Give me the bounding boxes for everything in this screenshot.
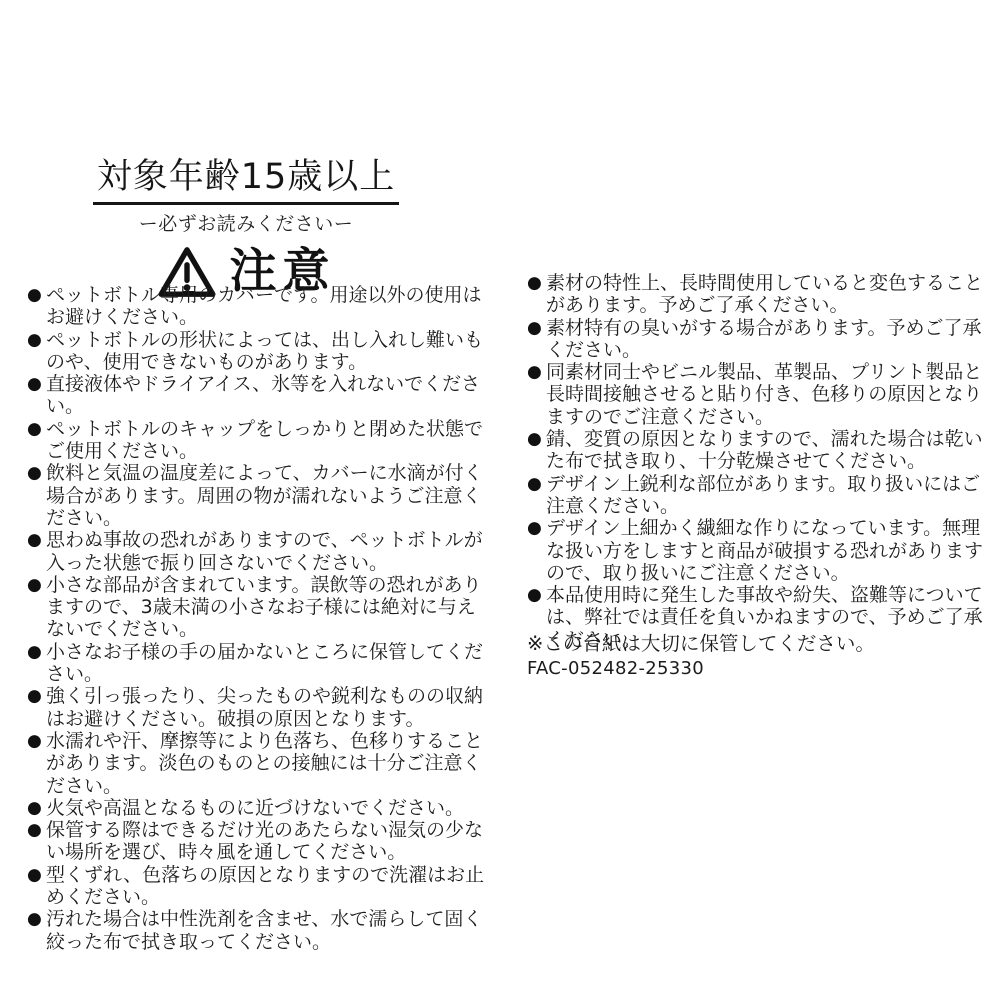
warning-text: ペットボトル専用のカバーです。用途以外の使用はお避けください。 (46, 284, 485, 329)
keep-card-note: ※この台紙は大切に保管してください。 (527, 632, 989, 655)
warning-item: ●ペットボトルの形状によっては、出し入れし難いものや、使用できないものがあります… (27, 329, 485, 374)
header: 対象年齢15歳以上 ー必ずお読みくださいー 注意 (0, 158, 492, 299)
warning-list-left: ●ペットボトル専用のカバーです。用途以外の使用はお避けください。 ●ペットボトル… (27, 284, 485, 953)
bullet-icon: ● (27, 284, 46, 306)
warning-text: 強く引っ張ったり、尖ったものや鋭利なものの収納はお避けください。破損の原因となり… (46, 685, 485, 730)
warning-item: ●デザイン上細かく繊細な作りになっています。無理な扱い方をしますと商品が破損する… (527, 517, 989, 584)
warning-text: 錆、変質の原因となりますので、濡れた場合は乾いた布で拭き取り、十分乾燥させてくだ… (546, 428, 989, 473)
warning-text: 汚れた場合は中性洗剤を含ませ、水で濡らして固く絞った布で拭き取ってください。 (46, 908, 485, 953)
warning-item: ●保管する際はできるだけ光のあたらない湿気の少ない場所を選び、時々風を通してくだ… (27, 819, 485, 864)
age-restriction-title: 対象年齢15歳以上 (93, 158, 400, 205)
warning-text: 水濡れや汗、摩擦等により色落ち、色移りすることがあります。淡色のものとの接触には… (46, 730, 485, 797)
warning-text: ペットボトルの形状によっては、出し入れし難いものや、使用できないものがあります。 (46, 329, 485, 374)
warning-item: ●小さなお子様の手の届かないところに保管してください。 (27, 641, 485, 686)
warning-text: 飲料と気温の温度差によって、カバーに水滴が付く場合があります。周囲の物が濡れない… (46, 462, 485, 529)
bullet-icon: ● (27, 864, 46, 886)
warning-item: ●型くずれ、色落ちの原因となりますので洗濯はお止めください。 (27, 864, 485, 909)
warning-text: 小さな部品が含まれています。誤飲等の恐れがありますので、3歳未満の小さなお子様に… (46, 574, 485, 641)
warning-text: デザイン上鋭利な部位があります。取り扱いにはご注意ください。 (546, 473, 989, 518)
warning-item: ●水濡れや汗、摩擦等により色落ち、色移りすることがあります。淡色のものとの接触に… (27, 730, 485, 797)
bullet-icon: ● (27, 373, 46, 395)
warning-text: 型くずれ、色落ちの原因となりますので洗濯はお止めください。 (46, 864, 485, 909)
warning-text: 小さなお子様の手の届かないところに保管してください。 (46, 641, 485, 686)
bullet-icon: ● (27, 685, 46, 707)
warning-item: ●強く引っ張ったり、尖ったものや鋭利なものの収納はお避けください。破損の原因とな… (27, 685, 485, 730)
bullet-icon: ● (27, 641, 46, 663)
warning-item: ●汚れた場合は中性洗剤を含ませ、水で濡らして固く絞った布で拭き取ってください。 (27, 908, 485, 953)
warning-text: 直接液体やドライアイス、氷等を入れないでください。 (46, 373, 485, 418)
product-code: FAC-052482-25330 (527, 658, 989, 679)
warning-text: 素材の特性上、長時間使用していると変色することがあります。予めご了承ください。 (546, 272, 989, 317)
bullet-icon: ● (527, 584, 546, 606)
warning-item: ●錆、変質の原因となりますので、濡れた場合は乾いた布で拭き取り、十分乾燥させてく… (527, 428, 989, 473)
warning-item: ●火気や高温となるものに近づけないでください。 (27, 797, 485, 819)
warning-item: ●直接液体やドライアイス、氷等を入れないでください。 (27, 373, 485, 418)
bullet-icon: ● (27, 529, 46, 551)
caution-card: 対象年齢15歳以上 ー必ずお読みくださいー 注意 ●ペットボトル専用のカバーです… (0, 0, 1000, 1000)
warning-text: 火気や高温となるものに近づけないでください。 (46, 797, 485, 819)
warning-text: ペットボトルのキャップをしっかりと閉めた状態でご使用ください。 (46, 418, 485, 463)
warning-item: ●思わぬ事故の恐れがありますので、ペットボトルが入った状態で振り回さないでくださ… (27, 529, 485, 574)
bullet-icon: ● (27, 730, 46, 752)
warning-text: 同素材同士やビニル製品、革製品、プリント製品と長時間接触させると貼り付き、色移り… (546, 361, 989, 428)
bullet-icon: ● (527, 428, 546, 450)
bullet-icon: ● (27, 797, 46, 819)
warning-item: ●同素材同士やビニル製品、革製品、プリント製品と長時間接触させると貼り付き、色移… (527, 361, 989, 428)
bullet-icon: ● (27, 329, 46, 351)
warning-item: ●素材特有の臭いがする場合があります。予めご了承ください。 (527, 317, 989, 362)
warning-item: ●素材の特性上、長時間使用していると変色することがあります。予めご了承ください。 (527, 272, 989, 317)
warning-text: 素材特有の臭いがする場合があります。予めご了承ください。 (546, 317, 989, 362)
bullet-icon: ● (527, 473, 546, 495)
warning-text: 保管する際はできるだけ光のあたらない湿気の少ない場所を選び、時々風を通してくださ… (46, 819, 485, 864)
bullet-icon: ● (527, 317, 546, 339)
read-carefully-subtitle: ー必ずお読みくださいー (0, 209, 492, 236)
warning-text: 思わぬ事故の恐れがありますので、ペットボトルが入った状態で振り回さないでください… (46, 529, 485, 574)
bullet-icon: ● (27, 574, 46, 596)
bullet-icon: ● (527, 272, 546, 294)
warning-list-right: ●素材の特性上、長時間使用していると変色することがあります。予めご了承ください。… (527, 272, 989, 651)
footer: ※この台紙は大切に保管してください。 FAC-052482-25330 (527, 632, 989, 679)
warning-item: ●デザイン上鋭利な部位があります。取り扱いにはご注意ください。 (527, 473, 989, 518)
warning-item: ●ペットボトル専用のカバーです。用途以外の使用はお避けください。 (27, 284, 485, 329)
warning-text: デザイン上細かく繊細な作りになっています。無理な扱い方をしますと商品が破損する恐… (546, 517, 989, 584)
bullet-icon: ● (27, 819, 46, 841)
bullet-icon: ● (27, 908, 46, 930)
bullet-icon: ● (27, 462, 46, 484)
bullet-icon: ● (527, 517, 546, 539)
bullet-icon: ● (27, 418, 46, 440)
warning-item: ●飲料と気温の温度差によって、カバーに水滴が付く場合があります。周囲の物が濡れな… (27, 462, 485, 529)
warning-item: ●ペットボトルのキャップをしっかりと閉めた状態でご使用ください。 (27, 418, 485, 463)
bullet-icon: ● (527, 361, 546, 383)
warning-item: ●小さな部品が含まれています。誤飲等の恐れがありますので、3歳未満の小さなお子様… (27, 574, 485, 641)
